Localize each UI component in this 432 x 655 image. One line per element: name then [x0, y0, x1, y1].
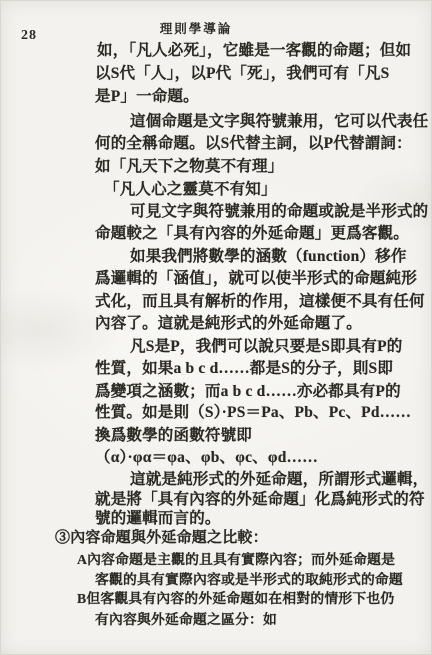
body-line: 式化，而且具有解析的作用，這樣便不具有任何: [95, 289, 425, 311]
body-line: 這個命題是文字與符號兼用，它可以代表任: [130, 109, 428, 131]
body-line: 凡S是P，我們可以說只要是S即具有P的: [130, 334, 402, 356]
list-item-line: 客觀的具有實際內容或是半形式的取純形式的命題: [95, 568, 403, 588]
body-line: 換爲數學的函數符號即: [95, 423, 252, 445]
body-line: 如「凡天下之物莫不有理」: [95, 154, 283, 176]
body-line: 性質。如是則（S）·PS＝Pa、Pb、Pc、Pd……: [95, 400, 411, 422]
body-line: 以S代「人」，以P代「死」，我們可有「凡S: [95, 61, 389, 83]
section-heading-line: ③內容命題與外延命題之比較：: [55, 526, 268, 547]
body-line: 爲變項之涵數；而a b c d……亦必都具有P的: [95, 379, 401, 401]
body-line: 號的邏輯而言的。: [95, 506, 221, 528]
body-line: （α）·φα＝φa、φb、φc、φd……: [95, 445, 318, 467]
body-line: 內容了。這就是純形式的外延命題了。: [95, 311, 362, 333]
body-line: 命題較之「具有內容的外延命題」更爲客觀。: [95, 221, 409, 243]
body-line: 可見文字與符號兼用的命題或說是半形式的: [130, 199, 428, 221]
body-line: 如，「凡人必死」，它雖是一客觀的命題；但如: [97, 38, 411, 60]
body-line: 如果我們將數學的涵數（function）移作: [130, 244, 407, 266]
body-line: 何的全稱命題。以S代替主詞，以P代替謂詞：: [95, 131, 412, 153]
body-line: 爲邏輯的「涵值」，就可以使半形式的命題純形: [95, 266, 417, 288]
running-title: 理則學導論: [0, 19, 392, 37]
body-line: 「凡人心之靈莫不有知」: [104, 177, 277, 199]
list-item-line: A內容命題是主觀的且具有實際內容；而外延命題是: [77, 548, 395, 568]
body-line: 這就是純形式的外延命題，所謂形式邏輯，: [130, 467, 428, 489]
list-item-line: B但客觀具有內容的外延命題如在相對的情形下也仍: [77, 587, 394, 607]
list-item-line: 有內容與外延命題之區分：如: [95, 608, 277, 628]
body-line: 性質，如果a b c d……都是S的分子，則S即: [95, 356, 393, 378]
body-line: 是P」一命題。: [95, 84, 199, 106]
scanned-book-page: 28 理則學導論 如，「凡人必死」，它雖是一客觀的命題；但如 以S代「人」，以P…: [0, 0, 432, 655]
